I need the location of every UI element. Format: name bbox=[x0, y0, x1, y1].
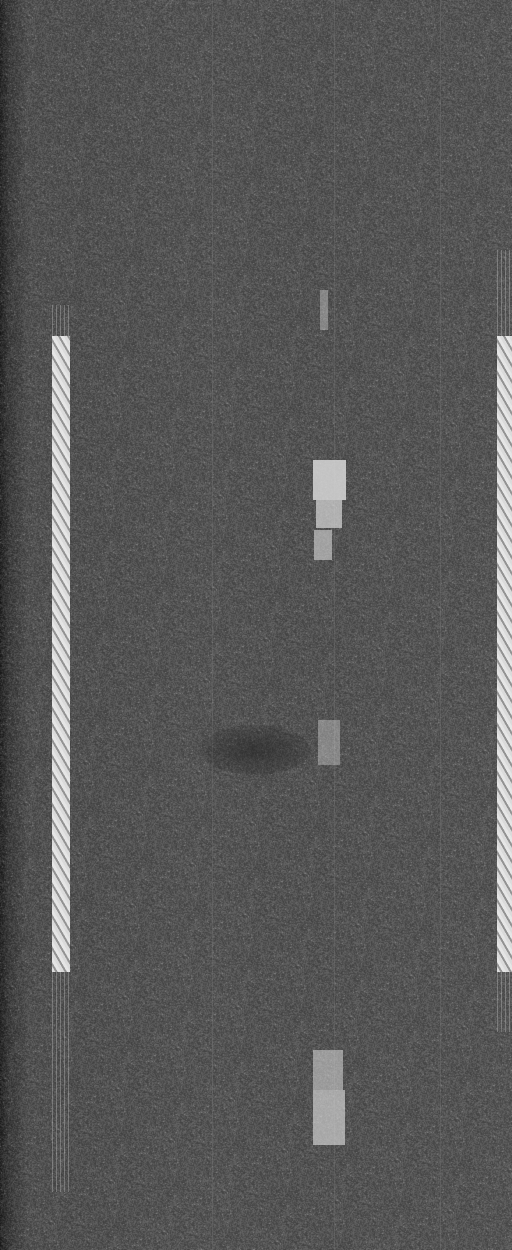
right-lane-line bbox=[497, 336, 512, 972]
marking-fragment bbox=[313, 1090, 345, 1145]
asphalt-texture bbox=[0, 0, 512, 1250]
left-lane-line-fade-bottom bbox=[52, 972, 70, 1192]
marking-fragment bbox=[320, 290, 328, 330]
marking-fragment bbox=[313, 460, 346, 500]
dark-stain bbox=[200, 725, 310, 775]
left-lane-line bbox=[52, 336, 70, 972]
marking-fragment bbox=[316, 500, 342, 528]
right-lane-line-fade-top bbox=[497, 250, 512, 336]
pavement-seam bbox=[440, 0, 441, 1250]
marking-fragment bbox=[313, 1050, 343, 1090]
right-lane-line-fade-bottom bbox=[497, 972, 512, 1032]
marking-fragment bbox=[314, 530, 332, 560]
left-lane-line-fade-top bbox=[52, 305, 70, 336]
pavement-seam bbox=[212, 0, 213, 1250]
marking-fragment bbox=[318, 720, 340, 765]
road-surface-image bbox=[0, 0, 512, 1250]
